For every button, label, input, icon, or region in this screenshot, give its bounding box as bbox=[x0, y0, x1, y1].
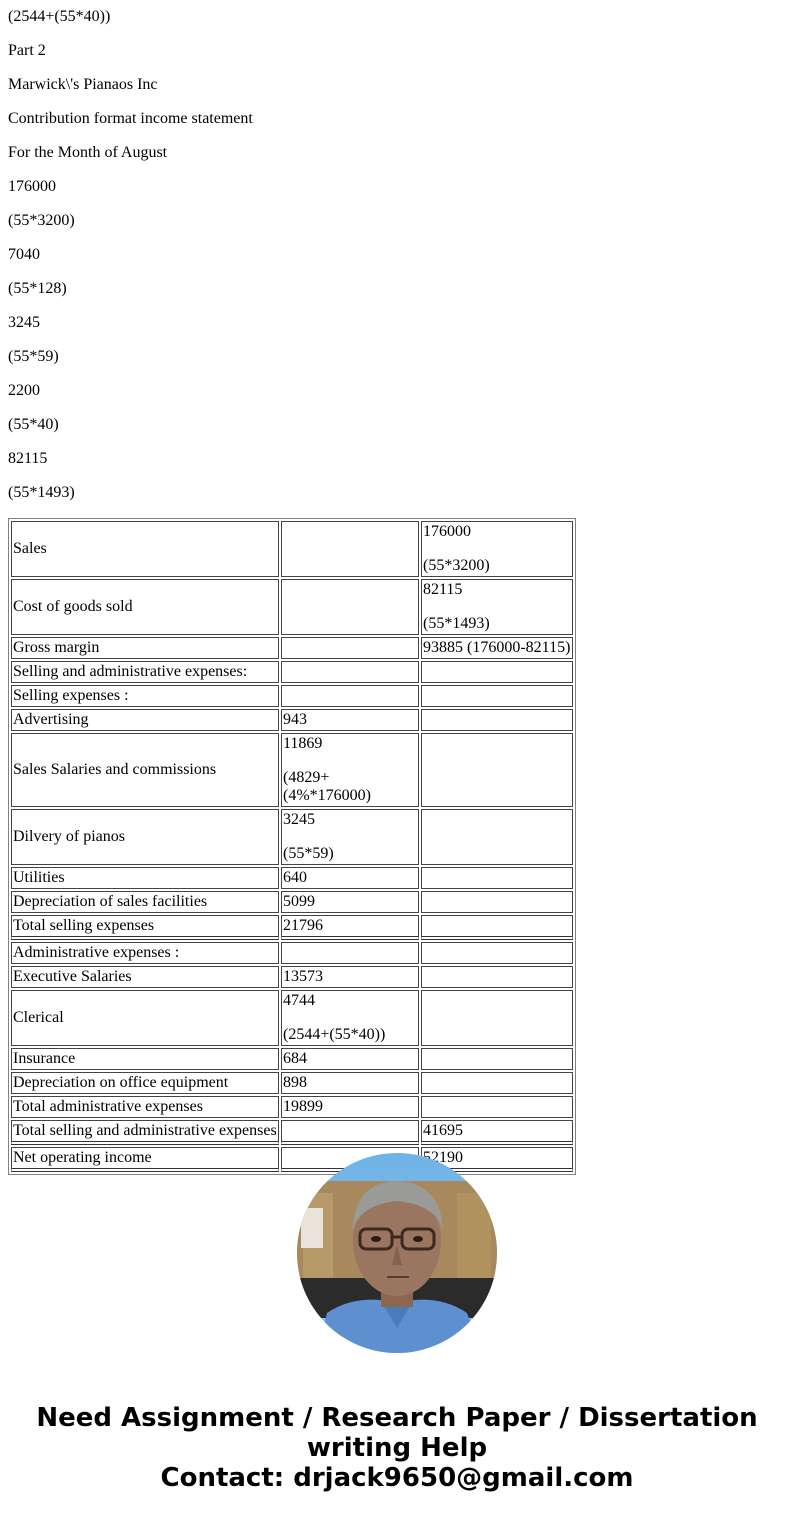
row-detail-amount bbox=[281, 942, 419, 964]
intro-line: (55*59) bbox=[8, 348, 786, 366]
table-row: Total selling and administrative expense… bbox=[11, 1120, 573, 1145]
row-detail-amount bbox=[281, 1120, 419, 1145]
intro-line: (55*40) bbox=[8, 416, 786, 434]
amount-value: 640 bbox=[283, 869, 417, 887]
table-row: Executive Salaries13573 bbox=[11, 966, 573, 988]
row-total-amount bbox=[421, 709, 573, 731]
amount-value: 3245 bbox=[283, 811, 417, 829]
row-detail-amount: 11869(4829+(4%*176000) bbox=[281, 733, 419, 807]
table-row: Advertising943 bbox=[11, 709, 573, 731]
intro-line: 176000 bbox=[8, 178, 786, 196]
row-label: Selling and administrative expenses: bbox=[11, 661, 279, 683]
row-total-amount bbox=[421, 661, 573, 683]
table-row: Depreciation on office equipment898 bbox=[11, 1072, 573, 1094]
amount-value: 11869 bbox=[283, 735, 417, 753]
row-label: Selling expenses : bbox=[11, 685, 279, 707]
row-total-amount bbox=[421, 915, 573, 940]
table-row: Sales176000(55*3200) bbox=[11, 521, 573, 577]
intro-line: (55*128) bbox=[8, 280, 786, 298]
row-detail-amount: 21796 bbox=[281, 915, 419, 940]
row-detail-amount bbox=[281, 685, 419, 707]
promo-contact: Contact: drjack9650@gmail.com bbox=[0, 1463, 794, 1493]
document-body: (2544+(55*40))Part 2Marwick\'s Pianaos I… bbox=[0, 8, 794, 1175]
row-total-amount bbox=[421, 942, 573, 964]
amount-value: 898 bbox=[283, 1074, 417, 1092]
table-row: Cost of goods sold82115(55*1493) bbox=[11, 579, 573, 635]
intro-line: (55*1493) bbox=[8, 484, 786, 502]
promo-banner: Need Assignment / Research Paper / Disse… bbox=[0, 1403, 794, 1493]
intro-line: (55*3200) bbox=[8, 212, 786, 230]
row-label: Utilities bbox=[11, 867, 279, 889]
row-total-amount bbox=[421, 966, 573, 988]
table-row: Net operating income52190 bbox=[11, 1147, 573, 1172]
row-detail-amount: 898 bbox=[281, 1072, 419, 1094]
amount-formula: (55*1493) bbox=[423, 615, 571, 633]
amount-formula: (55*3200) bbox=[423, 557, 571, 575]
intro-line: Part 2 bbox=[8, 42, 786, 60]
row-detail-amount bbox=[281, 637, 419, 659]
amount-value: 5099 bbox=[283, 893, 417, 911]
row-label: Insurance bbox=[11, 1048, 279, 1070]
amount-value: 52190 bbox=[423, 1149, 571, 1167]
row-detail-amount bbox=[281, 661, 419, 683]
row-total-amount bbox=[421, 1096, 573, 1118]
table-row: Sales Salaries and commissions11869(4829… bbox=[11, 733, 573, 807]
table-row: Depreciation of sales facilities5099 bbox=[11, 891, 573, 913]
amount-value: 943 bbox=[283, 711, 417, 729]
row-label: Executive Salaries bbox=[11, 966, 279, 988]
table-row: Selling expenses : bbox=[11, 685, 573, 707]
row-label: Cost of goods sold bbox=[11, 579, 279, 635]
table-row: Selling and administrative expenses: bbox=[11, 661, 573, 683]
table-row: Total administrative expenses19899 bbox=[11, 1096, 573, 1118]
row-detail-amount: 943 bbox=[281, 709, 419, 731]
intro-line: (2544+(55*40)) bbox=[8, 8, 786, 26]
row-label: Depreciation on office equipment bbox=[11, 1072, 279, 1094]
table-row: Insurance684 bbox=[11, 1048, 573, 1070]
row-detail-amount bbox=[281, 579, 419, 635]
intro-lines: (2544+(55*40))Part 2Marwick\'s Pianaos I… bbox=[8, 8, 786, 502]
amount-value: 176000 bbox=[423, 523, 571, 541]
row-label: Total administrative expenses bbox=[11, 1096, 279, 1118]
row-total-amount: 176000(55*3200) bbox=[421, 521, 573, 577]
row-total-amount: 41695 bbox=[421, 1120, 573, 1145]
row-total-amount bbox=[421, 685, 573, 707]
row-total-amount: 82115(55*1493) bbox=[421, 579, 573, 635]
row-total-amount bbox=[421, 891, 573, 913]
row-total-amount bbox=[421, 733, 573, 807]
row-detail-amount: 4744(2544+(55*40)) bbox=[281, 990, 419, 1046]
amount-formula: (4829+(4%*176000) bbox=[283, 769, 417, 805]
author-avatar bbox=[297, 1153, 497, 1353]
row-total-amount bbox=[421, 867, 573, 889]
row-detail-amount: 13573 bbox=[281, 966, 419, 988]
row-label: Advertising bbox=[11, 709, 279, 731]
intro-line: 3245 bbox=[8, 314, 786, 332]
row-total-amount bbox=[421, 809, 573, 865]
row-total-amount bbox=[421, 1048, 573, 1070]
amount-formula: (55*59) bbox=[283, 845, 417, 863]
row-label: Net operating income bbox=[11, 1147, 279, 1172]
table-row: Administrative expenses : bbox=[11, 942, 573, 964]
intro-line: Contribution format income statement bbox=[8, 110, 786, 128]
amount-value: 13573 bbox=[283, 968, 417, 986]
row-label: Total selling and administrative expense… bbox=[11, 1120, 279, 1145]
row-label: Depreciation of sales facilities bbox=[11, 891, 279, 913]
row-detail-amount: 19899 bbox=[281, 1096, 419, 1118]
table-row: Total selling expenses21796 bbox=[11, 915, 573, 940]
row-label: Dilvery of pianos bbox=[11, 809, 279, 865]
amount-value: 93885 (176000-82115) bbox=[423, 639, 571, 657]
amount-formula: (2544+(55*40)) bbox=[283, 1026, 417, 1044]
row-label: Clerical bbox=[11, 990, 279, 1046]
table-row: Dilvery of pianos3245(55*59) bbox=[11, 809, 573, 865]
row-label: Sales Salaries and commissions bbox=[11, 733, 279, 807]
row-label: Gross margin bbox=[11, 637, 279, 659]
intro-line: 82115 bbox=[8, 450, 786, 468]
amount-value: 684 bbox=[283, 1050, 417, 1068]
person-portrait-icon bbox=[297, 1153, 497, 1353]
intro-line: Marwick\'s Pianaos Inc bbox=[8, 76, 786, 94]
table-row: Clerical4744(2544+(55*40)) bbox=[11, 990, 573, 1046]
row-detail-amount: 5099 bbox=[281, 891, 419, 913]
row-total-amount bbox=[421, 990, 573, 1046]
table-row: Gross margin93885 (176000-82115) bbox=[11, 637, 573, 659]
income-statement-table: Sales176000(55*3200)Cost of goods sold82… bbox=[8, 518, 576, 1175]
row-label: Total selling expenses bbox=[11, 915, 279, 940]
amount-value: 19899 bbox=[283, 1098, 417, 1116]
intro-line: 2200 bbox=[8, 382, 786, 400]
amount-value: 21796 bbox=[283, 917, 417, 935]
row-label: Sales bbox=[11, 521, 279, 577]
promo-line-1: Need Assignment / Research Paper / Disse… bbox=[0, 1403, 794, 1433]
row-label: Administrative expenses : bbox=[11, 942, 279, 964]
row-detail-amount: 640 bbox=[281, 867, 419, 889]
table-row: Utilities640 bbox=[11, 867, 573, 889]
row-detail-amount: 684 bbox=[281, 1048, 419, 1070]
intro-line: For the Month of August bbox=[8, 144, 786, 162]
amount-value: 41695 bbox=[423, 1122, 571, 1140]
row-detail-amount bbox=[281, 521, 419, 577]
row-total-amount bbox=[421, 1072, 573, 1094]
row-total-amount: 93885 (176000-82115) bbox=[421, 637, 573, 659]
amount-value: 82115 bbox=[423, 581, 571, 599]
amount-value: 4744 bbox=[283, 992, 417, 1010]
intro-line: 7040 bbox=[8, 246, 786, 264]
row-detail-amount: 3245(55*59) bbox=[281, 809, 419, 865]
promo-line-2: writing Help bbox=[0, 1433, 794, 1463]
